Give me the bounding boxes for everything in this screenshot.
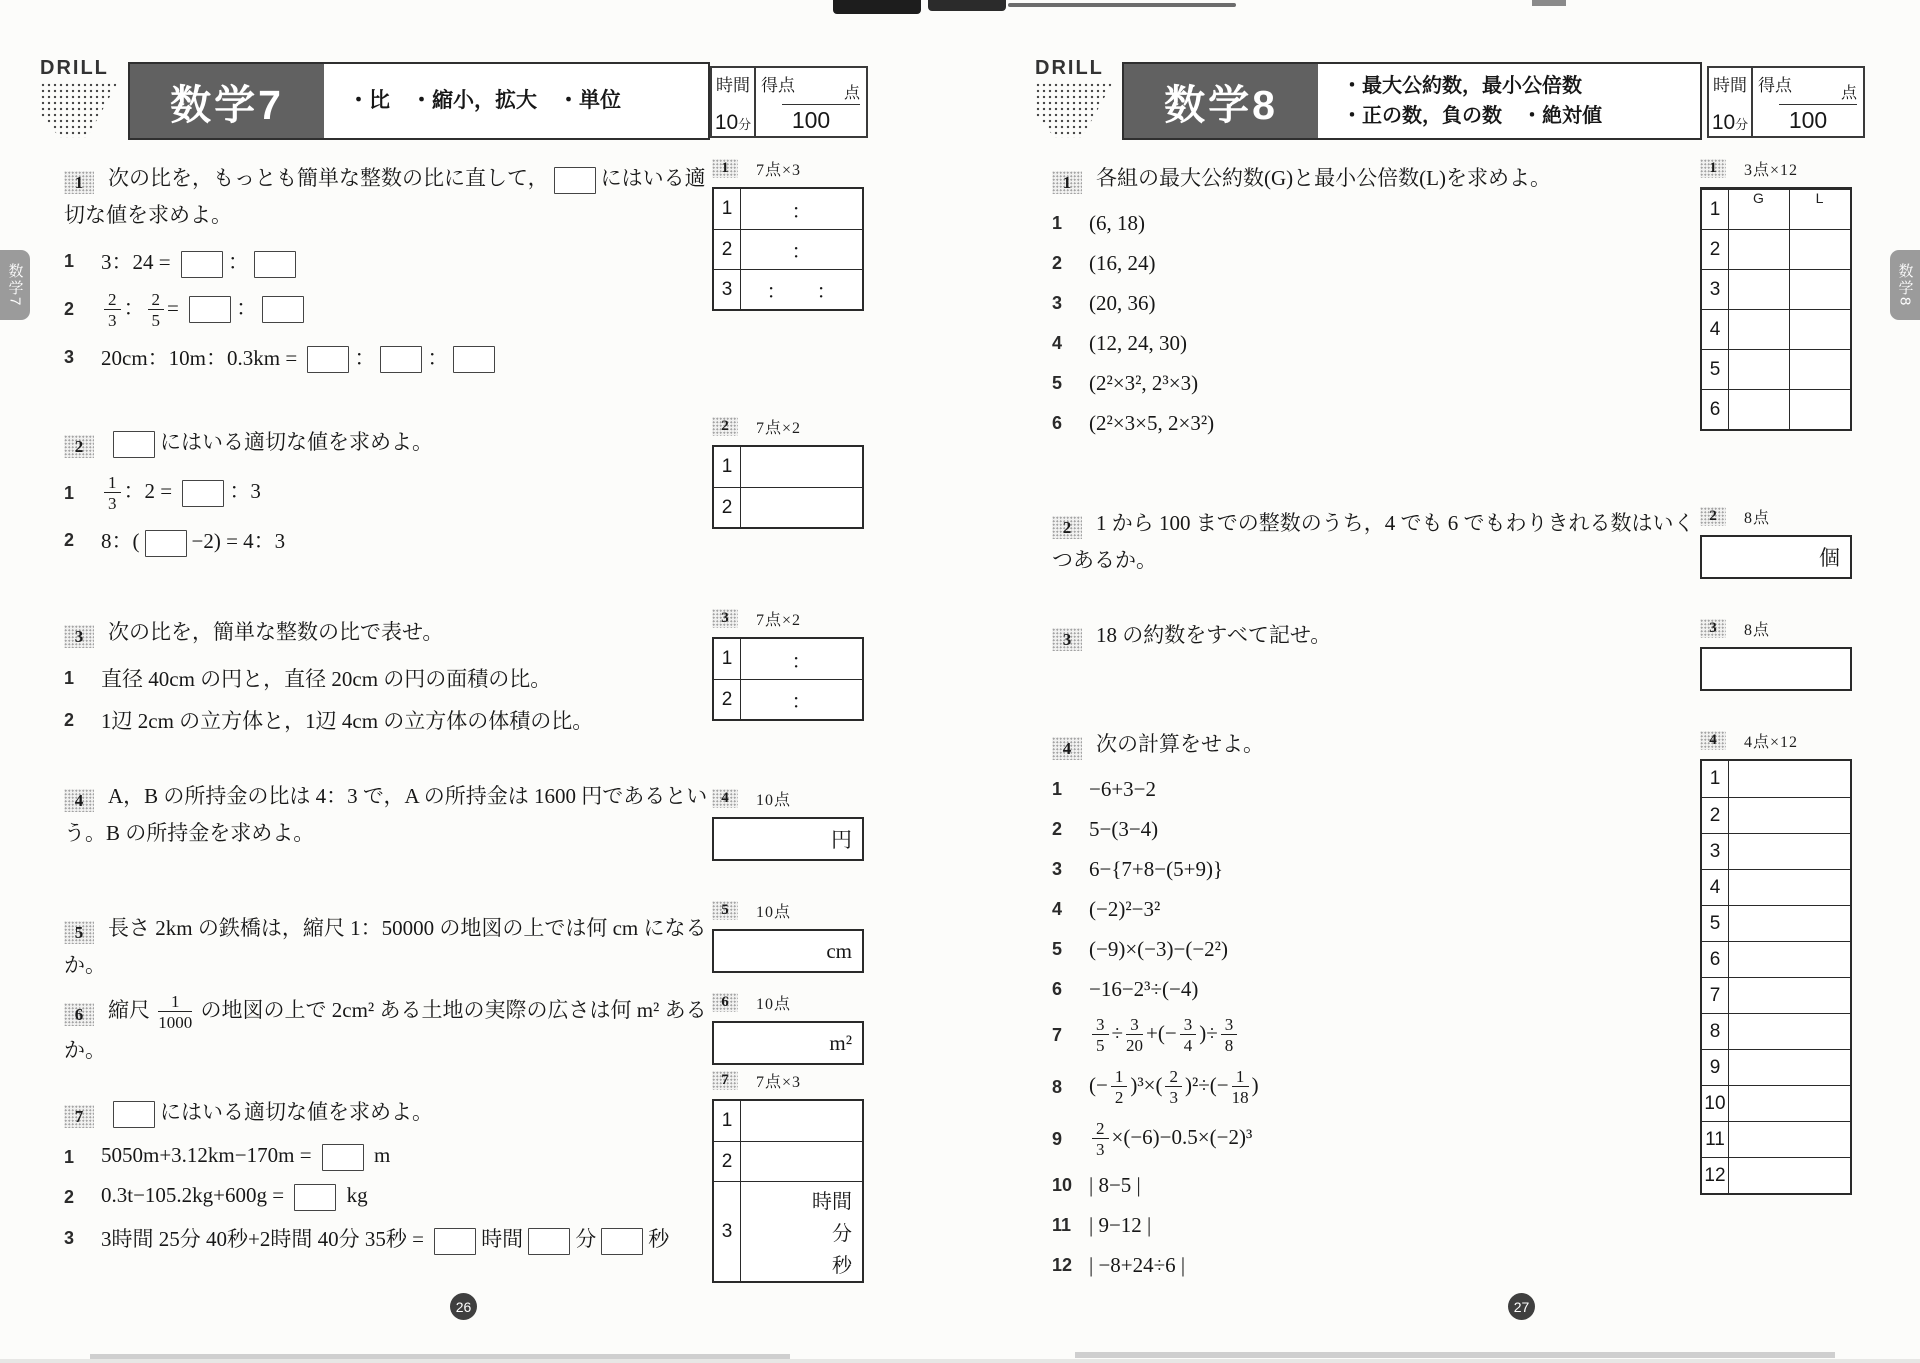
problem-title-text: 縮尺 11000 の地図の上で 2cm² ある土地の実際の広さは何 m² あるか… (64, 998, 707, 1062)
answer-points: 4点×12 (1744, 729, 1798, 752)
fraction: 34 (1180, 1015, 1197, 1055)
answer-cell[interactable] (1729, 834, 1850, 869)
answer-number-badge: 1 (712, 159, 738, 178)
answer-blank-box[interactable] (322, 1144, 364, 1171)
answer-points: 7点×3 (756, 1069, 801, 1092)
problem-item: 13：24 = ： (64, 246, 712, 278)
answer-label: 510点 (712, 898, 864, 922)
problem-number-badge: 2 (1052, 516, 1082, 539)
answer-cell[interactable]: 時間分秒 (741, 1182, 862, 1281)
problem-title-text: 次の計算をせよ。 (1096, 732, 1264, 756)
answer-number-badge: 5 (712, 901, 738, 920)
answer-row: 8 (1702, 1013, 1850, 1049)
problem-number-badge: 4 (1052, 737, 1082, 760)
time-cell: 時間 10分 (712, 68, 756, 136)
item-expression: (20, 36) (1089, 291, 1156, 316)
answer-cell-l[interactable] (1790, 390, 1850, 429)
problem-number-badge: 7 (64, 1105, 94, 1128)
answer-block-3: 37点×21：2： (712, 606, 864, 721)
problem-title-text: 長さ 2km の鉄橋は，縮尺 1：50000 の地図の上では何 cm になるか。 (64, 916, 707, 977)
problem-item: 28：(−2) = 4：3 (64, 525, 712, 557)
answer-row-number: 1 (714, 447, 741, 487)
answer-cell[interactable] (1729, 1014, 1850, 1049)
answer-row-number: 11 (1702, 1122, 1729, 1157)
fraction: 11000 (158, 992, 192, 1032)
answer-blank-box[interactable] (113, 1101, 155, 1128)
answer-points: 3点×12 (1744, 157, 1798, 180)
answer-row-number: 1 (714, 1101, 741, 1141)
answer-label: 410点 (712, 786, 864, 810)
problem-title: 318 の約数をすべて記せ。 (1052, 617, 1702, 654)
topic-line: ・比 ・縮小，拡大 ・単位 (348, 85, 708, 117)
fraction: 13 (104, 473, 121, 513)
answer-row: 2 (1702, 797, 1850, 833)
answer-cell[interactable] (1729, 942, 1850, 977)
gl-col-header-l: L (1789, 190, 1850, 206)
answer-points: 7点×2 (756, 607, 801, 630)
answer-cell-l[interactable] (1790, 230, 1850, 269)
drill-logo-dots-icon (40, 82, 118, 138)
answer-blank-box[interactable] (182, 480, 224, 507)
answer-blank-box[interactable] (380, 346, 422, 373)
answer-number-badge: 4 (1700, 731, 1726, 750)
answer-cell[interactable] (1729, 1050, 1850, 1085)
answer-block-2: 27点×212 (712, 414, 864, 529)
item-expression: 3時間 25分 40秒+2時間 40分 35秒 = 時間分秒 (101, 1223, 669, 1255)
answer-block-1: 17点×31：2：3： ： (712, 156, 864, 311)
answer-row: 4 (1702, 309, 1850, 349)
scanned-workbook-spread: 数学7 数学8 DRILL 数学7 ・比 ・縮小，拡大 ・単位 時間 10分 得… (0, 0, 1920, 1363)
answer-cell-l[interactable] (1790, 270, 1850, 309)
drill-logo-text: DRILL (40, 57, 124, 80)
item-expression: | −8+24÷6 | (1089, 1253, 1185, 1278)
item-expression: (16, 24) (1089, 251, 1156, 276)
scan-artifact (928, 0, 1006, 11)
answer-row: 1 (714, 447, 862, 487)
problem-title-text: 次の比を，簡単な整数の比で表せ。 (108, 620, 443, 644)
problem-title: 1各組の最大公約数(G)と最小公倍数(L)を求めよ。 (1052, 160, 1702, 197)
answer-blank-box[interactable] (113, 431, 155, 458)
answer-cell[interactable]: ： (741, 639, 862, 679)
answer-cell-g[interactable] (1729, 270, 1790, 309)
page-number-text: 26 (456, 1299, 472, 1315)
problem-title: 7にはいる適切な値を求めよ。 (64, 1094, 712, 1131)
answer-row-number: 9 (1702, 1050, 1729, 1085)
problem-item: 5(2²×3², 2³×3) (1052, 369, 1702, 397)
answer-row-number: 2 (714, 680, 741, 719)
problem-6: 6縮尺 11000 の地図の上で 2cm² ある土地の実際の広さは何 m² ある… (64, 992, 712, 1069)
answer-cell[interactable] (1729, 1086, 1850, 1121)
fraction: 23 (1092, 1119, 1109, 1159)
answer-row: 1： (714, 189, 862, 229)
answer-cell[interactable] (741, 1142, 862, 1181)
problem-item: 4(12, 24, 30) (1052, 329, 1702, 357)
problem-item: 33時間 25分 40秒+2時間 40分 35秒 = 時間分秒 (64, 1223, 712, 1255)
problem-item: 11| 9−12 | (1052, 1211, 1702, 1239)
answer-cell-l[interactable] (1790, 310, 1850, 349)
drill-logo-text: DRILL (1035, 57, 1119, 80)
answer-cell[interactable] (1729, 761, 1850, 797)
answer-blank-box[interactable] (453, 346, 495, 373)
answer-blank-box[interactable] (434, 1228, 476, 1255)
answer-blank-box[interactable] (145, 530, 187, 557)
answer-unit-box[interactable]: cm (712, 929, 864, 973)
item-number: 7 (1052, 1025, 1089, 1046)
item-expression: | 9−12 | (1089, 1213, 1151, 1238)
item-number: 2 (64, 710, 101, 731)
answer-blank-box[interactable] (554, 167, 596, 194)
problem-item: 10| 8−5 | (1052, 1171, 1702, 1199)
problem-title-text: にはいる適切な値を求めよ。 (108, 430, 433, 454)
problem-item: 4(−2)²−3² (1052, 895, 1702, 923)
answer-row: 10 (1702, 1085, 1850, 1121)
answer-row: 3 (1702, 269, 1850, 309)
item-expression: (6, 18) (1089, 211, 1145, 236)
answer-cell[interactable] (741, 447, 862, 487)
problem-2: 21 から 100 までの整数のうち，4 でも 6 でもわりきれる数はいくつある… (1052, 505, 1702, 579)
answer-cell[interactable] (1729, 870, 1850, 905)
item-expression: 0.3t−105.2kg+600g = kg (101, 1183, 368, 1211)
problem-1: 1各組の最大公約数(G)と最小公倍数(L)を求めよ。1(6, 18)2(16, … (1052, 160, 1702, 437)
topic-line: ・正の数，負の数 ・絶対値 (1342, 101, 1700, 131)
answer-label: 37点×2 (712, 606, 864, 630)
answer-blank-box[interactable] (307, 346, 349, 373)
problem-item: 223：25= ： (64, 290, 712, 330)
lesson-topics: ・最大公約数，最小公倍数 ・正の数，負の数 ・絶対値 (1318, 64, 1700, 138)
answer-row-number: 6 (1702, 390, 1729, 429)
answer-row: 4 (1702, 869, 1850, 905)
answer-block-2: 28点個 (1700, 504, 1852, 579)
item-number: 1 (1052, 213, 1089, 234)
score-blank-line[interactable]: 点 (782, 80, 860, 105)
problem-item: 36−{7+8−(5+9)} (1052, 855, 1702, 883)
item-number: 11 (1052, 1215, 1089, 1236)
answer-row-number: 12 (1702, 1158, 1729, 1193)
item-expression: 6−{7+8−(5+9)} (1089, 857, 1223, 882)
side-tab-math7: 数学7 (0, 250, 30, 320)
answer-cell[interactable]: ： ： (741, 270, 862, 309)
answer-cell[interactable] (1729, 906, 1850, 941)
problem-title-text: 各組の最大公約数(G)と最小公倍数(L)を求めよ。 (1096, 166, 1551, 190)
answer-table: 1：2： (712, 637, 864, 721)
item-number: 2 (1052, 253, 1089, 274)
problem-title: 21 から 100 までの整数のうち，4 でも 6 でもわりきれる数はいくつある… (1052, 505, 1702, 579)
answer-row-number: 2 (1702, 230, 1729, 269)
problem-4: 4A，B の所持金の比は 4：3 で，A の所持金は 1600 円であるという。… (64, 778, 712, 852)
item-number: 1 (64, 251, 101, 272)
item-expression: 5050m+3.12km−170m = m (101, 1143, 390, 1171)
score-cell: 得点 点 100 (1753, 68, 1863, 136)
fraction: 320 (1126, 1015, 1143, 1055)
item-expression: | 8−5 | (1089, 1173, 1141, 1198)
item-expression: (−2)²−3² (1089, 897, 1160, 922)
item-expression: 20cm：10m：0.3km = ：： (101, 342, 500, 374)
answer-row-number: 2 (1702, 798, 1729, 833)
answer-cell[interactable]: ： (741, 189, 862, 229)
answer-row: 3： ： (714, 269, 862, 309)
answer-block-3: 38点 (1700, 616, 1852, 691)
answer-number-badge: 3 (1700, 619, 1726, 638)
problem-item: 3(20, 36) (1052, 289, 1702, 317)
answer-row: 1 (1702, 761, 1850, 797)
problem-item: 6−16−2³÷(−4) (1052, 975, 1702, 1003)
problem-2: 2にはいる適切な値を求めよ。113：2 = ：328：(−2) = 4：3 (64, 424, 712, 557)
problem-item: 15050m+3.12km−170m = m (64, 1143, 712, 1171)
answer-row-number: 4 (1702, 870, 1729, 905)
side-tab-math8: 数学8 (1890, 250, 1920, 320)
score-box-left: 時間 10分 得点 点 100 (710, 66, 868, 138)
answer-row: 2 (714, 487, 862, 527)
answer-unit: m² (829, 1031, 852, 1056)
answer-blank-box[interactable] (294, 1184, 336, 1211)
problem-item: 1−6+3−2 (1052, 775, 1702, 803)
item-expression: (12, 24, 30) (1089, 331, 1187, 356)
problem-item: 2(16, 24) (1052, 249, 1702, 277)
item-number: 1 (64, 668, 101, 689)
problem-title: 2にはいる適切な値を求めよ。 (64, 424, 712, 461)
item-number: 10 (1052, 1175, 1089, 1196)
answer-unit-box[interactable]: m² (712, 1021, 864, 1065)
problem-item: 20.3t−105.2kg+600g = kg (64, 1183, 712, 1211)
time-label: 時間 (1713, 71, 1747, 96)
answer-row-number: 4 (1702, 310, 1729, 349)
item-number: 3 (1052, 859, 1089, 880)
answer-row: 5 (1702, 905, 1850, 941)
problem-item: 25−(3−4) (1052, 815, 1702, 843)
answer-row: 7 (1702, 977, 1850, 1013)
item-number: 1 (64, 483, 101, 504)
answer-number-badge: 7 (712, 1071, 738, 1090)
score-total: 100 (756, 107, 866, 134)
page-number-left: 26 (450, 1293, 477, 1320)
time-cell: 時間 10分 (1709, 68, 1753, 136)
answer-label: 44点×12 (1700, 728, 1852, 752)
item-number: 5 (1052, 939, 1089, 960)
item-number: 4 (1052, 333, 1089, 354)
time-value: 10分 (1712, 112, 1748, 133)
item-expression: 直径 40cm の円と，直径 20cm の円の面積の比。 (101, 663, 551, 693)
item-expression: 8：(−2) = 4：3 (101, 525, 285, 557)
answer-cell[interactable] (1729, 1158, 1850, 1193)
item-expression: 23：25= ： (101, 290, 309, 330)
answer-blank-box[interactable] (189, 296, 231, 323)
problem-number-badge: 2 (64, 435, 94, 458)
answer-row: 2： (714, 229, 862, 269)
answer-cell[interactable] (741, 488, 862, 527)
answer-blank-box[interactable] (181, 251, 223, 278)
answer-number-badge: 2 (712, 417, 738, 436)
answer-points: 8点 (1744, 505, 1770, 528)
answer-row-number: 2 (714, 230, 741, 269)
problem-item: 8(−12)³×(23)²÷(−118) (1052, 1067, 1702, 1107)
answer-row: 2： (714, 679, 862, 719)
answer-label: 13点×12 (1700, 156, 1852, 180)
fraction: 38 (1221, 1015, 1238, 1055)
answer-row: 2 (1702, 229, 1850, 269)
answer-cell[interactable] (741, 1101, 862, 1141)
item-number: 1 (64, 1147, 101, 1168)
problem-title: 5長さ 2km の鉄橋は，縮尺 1：50000 の地図の上では何 cm になるか… (64, 910, 712, 984)
answer-cell-g[interactable] (1729, 230, 1790, 269)
answer-cell-l[interactable] (1790, 350, 1850, 389)
answer-unit-box[interactable]: 個 (1700, 535, 1852, 579)
score-unit: 点 (1841, 85, 1857, 102)
time-unit: 分 (738, 117, 751, 132)
fraction: 25 (148, 290, 165, 330)
answer-cell[interactable] (1729, 798, 1850, 833)
answer-row: 12 (1702, 1157, 1850, 1193)
problem-item: 5(−9)×(−3)−(−2²) (1052, 935, 1702, 963)
problem-number-badge: 3 (64, 625, 94, 648)
scan-artifact (1008, 3, 1236, 7)
answer-unit: cm (826, 939, 852, 964)
problem-number-badge: 5 (64, 921, 94, 944)
item-expression: (2²×3², 2³×3) (1089, 371, 1198, 396)
answer-label: 28点 (1700, 504, 1852, 528)
answer-unit-box[interactable]: 円 (712, 817, 864, 861)
item-number: 3 (1052, 293, 1089, 314)
answer-cell[interactable]: ： (741, 680, 862, 719)
problem-4: 4次の計算をせよ。1−6+3−225−(3−4)36−{7+8−(5+9)}4(… (1052, 726, 1702, 1279)
answer-label: 27点×2 (712, 414, 864, 438)
answer-row-number: 1 (1702, 190, 1729, 229)
item-number: 4 (1052, 899, 1089, 920)
answer-row-number: 1 (714, 189, 741, 229)
answer-points: 8点 (1744, 617, 1770, 640)
answer-row-number: 3 (714, 270, 741, 309)
answer-blank-box[interactable] (601, 1228, 643, 1255)
score-total: 100 (1753, 107, 1863, 134)
problem-item: 21辺 2cm の立方体と，1辺 4cm の立方体の体積の比。 (64, 705, 712, 735)
problem-number-badge: 6 (64, 1003, 94, 1026)
item-expression: −6+3−2 (1089, 777, 1156, 802)
answer-blank-box[interactable] (262, 296, 304, 323)
answer-number-badge: 6 (712, 993, 738, 1012)
lesson-title: 数学7 (130, 64, 324, 138)
answer-table-gl: GL123456 (1700, 187, 1852, 431)
answer-row: 11 (1702, 1121, 1850, 1157)
answer-block-4: 44点×12123456789101112 (1700, 728, 1852, 1195)
answer-row: 1： (714, 639, 862, 679)
answer-points: 7点×2 (756, 415, 801, 438)
lesson-topics: ・比 ・縮小，拡大 ・単位 (324, 64, 708, 138)
answer-row-number: 10 (1702, 1086, 1729, 1121)
problem-number-badge: 1 (64, 171, 94, 194)
time-minutes: 10 (715, 111, 738, 134)
answer-row-number: 3 (714, 1182, 741, 1281)
answer-blank-box[interactable] (254, 251, 296, 278)
answer-label: 38点 (1700, 616, 1852, 640)
score-unit: 点 (844, 85, 860, 102)
problem-title-text: 18 の約数をすべて記せ。 (1096, 623, 1331, 647)
answer-points: 10点 (756, 787, 791, 810)
answer-row-number: 5 (1702, 906, 1729, 941)
problem-item: 320cm：10m：0.3km = ：： (64, 342, 712, 374)
problem-title: 4A，B の所持金の比は 4：3 で，A の所持金は 1600 円であるという。… (64, 778, 712, 852)
fraction: 12 (1111, 1067, 1128, 1107)
answer-cell-g[interactable] (1729, 310, 1790, 349)
lesson-title: 数学8 (1124, 64, 1318, 138)
time-label: 時間 (716, 71, 750, 96)
item-number: 3 (64, 1228, 101, 1249)
scan-artifact (0, 1359, 1920, 1363)
answer-row-number: 1 (714, 639, 741, 679)
answer-table: 123456789101112 (1700, 759, 1852, 1195)
answer-row: 5 (1702, 349, 1850, 389)
answer-row: 6 (1702, 389, 1850, 429)
scan-artifact (833, 0, 921, 14)
answer-cell[interactable] (1729, 978, 1850, 1013)
answer-table: 123時間分秒 (712, 1099, 864, 1283)
problem-number-badge: 4 (64, 789, 94, 812)
answer-row: 3時間分秒 (714, 1181, 862, 1281)
drill-logo: DRILL (1035, 57, 1119, 138)
answer-points: 7点×3 (756, 157, 801, 180)
problem-3: 318 の約数をすべて記せ。 (1052, 617, 1702, 654)
answer-block-7: 77点×3123時間分秒 (712, 1068, 864, 1283)
problem-item: 113：2 = ：3 (64, 473, 712, 513)
answer-row-number: 2 (714, 1142, 741, 1181)
answer-row-number: 8 (1702, 1014, 1729, 1049)
item-expression: (2²×3×5, 2×3²) (1089, 411, 1214, 436)
answer-cell[interactable]: ： (741, 230, 862, 269)
drill-logo: DRILL (40, 57, 124, 138)
answer-number-badge: 1 (1700, 159, 1726, 178)
problem-title-text: 1 から 100 までの整数のうち，4 でも 6 でもわりきれる数はいくつあるか… (1052, 511, 1695, 572)
answer-cell-g[interactable] (1729, 390, 1790, 429)
answer-blank-box[interactable] (528, 1228, 570, 1255)
answer-row-number: 1 (1702, 761, 1729, 797)
item-number: 9 (1052, 1129, 1089, 1150)
problem-1: 1次の比を，もっとも簡単な整数の比に直して，にはいる適切な値を求めよ。13：24… (64, 160, 712, 373)
answer-table: 1：2：3： ： (712, 187, 864, 311)
lesson-header-left: 数学7 ・比 ・縮小，拡大 ・単位 (128, 62, 710, 140)
lesson-header-right: 数学8 ・最大公約数，最小公倍数 ・正の数，負の数 ・絶対値 (1122, 62, 1702, 140)
answer-cell-g[interactable] (1729, 350, 1790, 389)
item-expression: 3：24 = ： (101, 246, 301, 278)
problem-title-text: A，B の所持金の比は 4：3 で，A の所持金は 1600 円であるという。B… (64, 784, 707, 845)
topic-line: ・最大公約数，最小公倍数 (1342, 71, 1700, 101)
answer-unit-box[interactable] (1700, 647, 1852, 691)
answer-row-number: 3 (1702, 834, 1729, 869)
fraction: 35 (1092, 1015, 1109, 1055)
item-number: 8 (1052, 1077, 1089, 1098)
score-box-right: 時間 10分 得点 点 100 (1707, 66, 1865, 138)
problem-title: 3次の比を，簡単な整数の比で表せ。 (64, 614, 712, 651)
answer-row-number: 6 (1702, 942, 1729, 977)
problem-title-text: にはいる適切な値を求めよ。 (108, 1100, 433, 1124)
fraction: 23 (104, 290, 121, 330)
answer-number-badge: 3 (712, 609, 738, 628)
item-number: 2 (1052, 819, 1089, 840)
problem-number-badge: 3 (1052, 628, 1082, 651)
gl-col-header-g: G (1728, 190, 1789, 206)
page-number-right: 27 (1508, 1293, 1535, 1320)
answer-row: 2 (714, 1141, 862, 1181)
drill-logo-dots-icon (1035, 82, 1113, 138)
problem-title: 4次の計算をせよ。 (1052, 726, 1702, 763)
problem-item: 1(6, 18) (1052, 209, 1702, 237)
problem-item: 6(2²×3×5, 2×3²) (1052, 409, 1702, 437)
problem-item: 12| −8+24÷6 | (1052, 1251, 1702, 1279)
problem-5: 5長さ 2km の鉄橋は，縮尺 1：50000 の地図の上では何 cm になるか… (64, 910, 712, 984)
item-expression: −16−2³÷(−4) (1089, 977, 1198, 1002)
time-minutes: 10 (1712, 111, 1735, 134)
answer-cell[interactable] (1729, 1122, 1850, 1157)
score-blank-line[interactable]: 点 (1779, 80, 1857, 105)
answer-block-6: 610点m² (712, 990, 864, 1065)
item-number: 6 (1052, 979, 1089, 1000)
